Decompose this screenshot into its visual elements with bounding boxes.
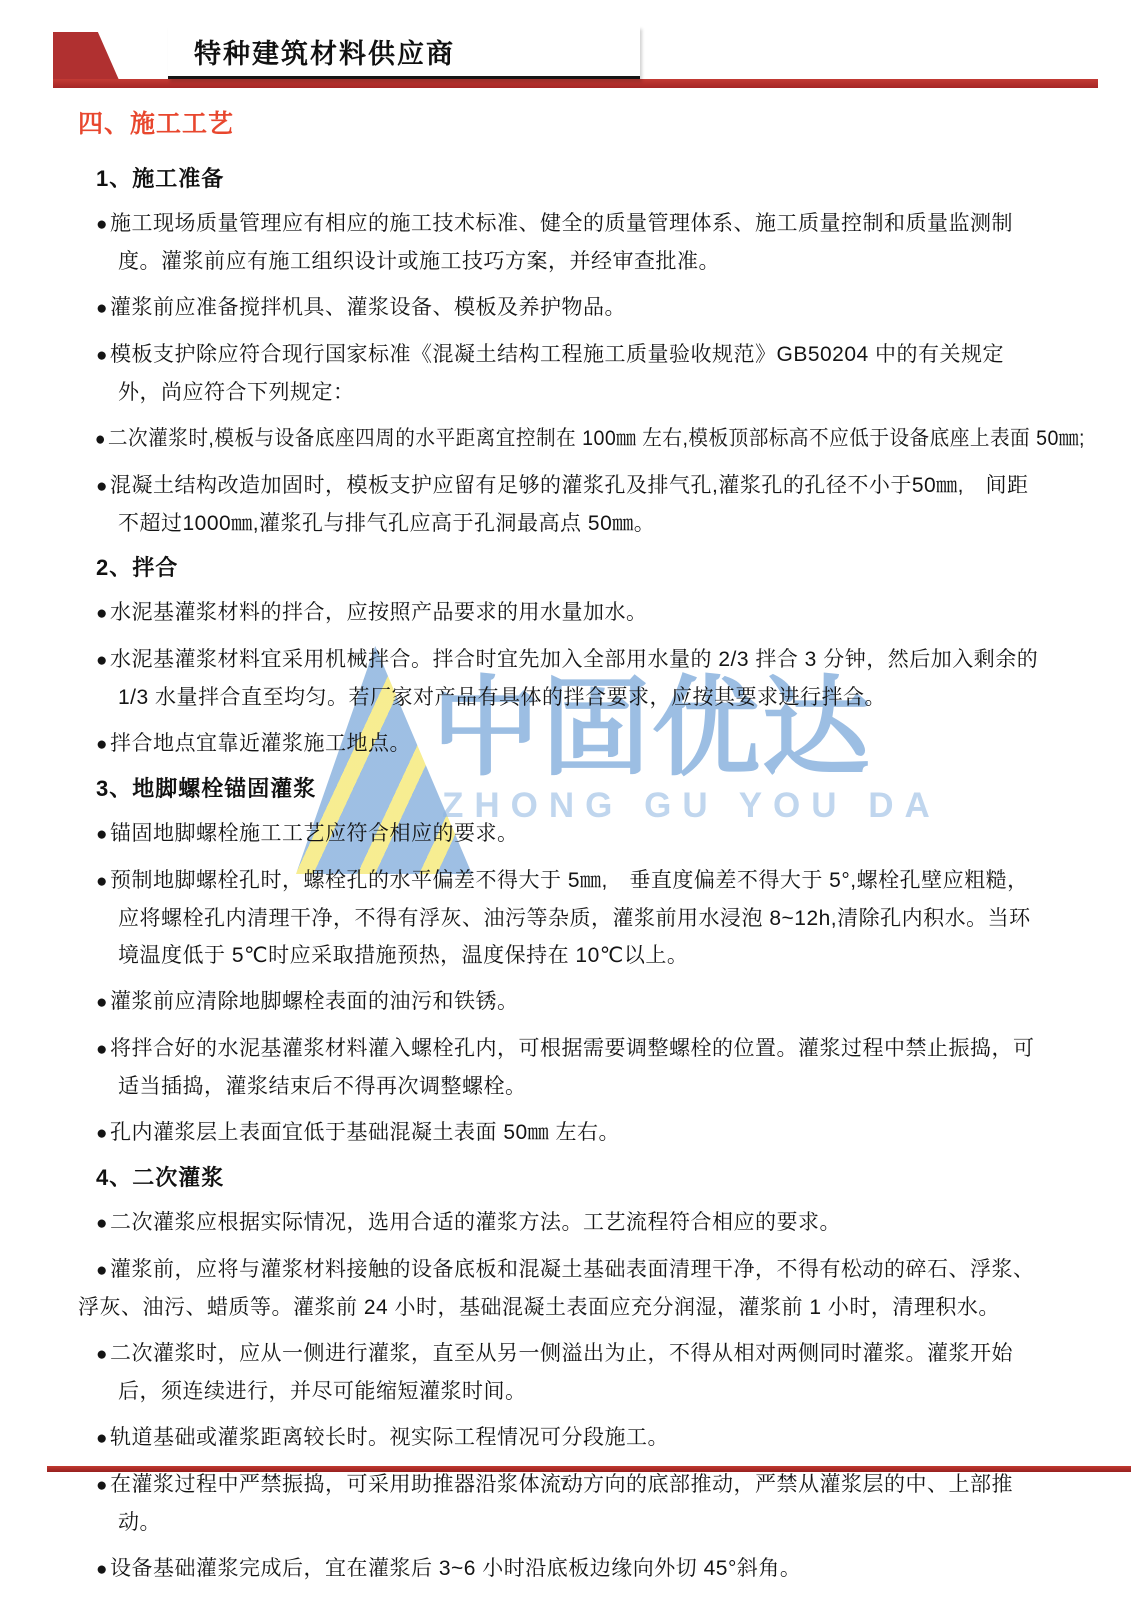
bullet-item: ●灌浆前应准备搅拌机具、灌浆设备、模板及养护物品。 [78,289,1046,327]
bullet-item: ●二次灌浆时，应从一侧进行灌浆，直至从另一侧溢出为止，不得从相对两侧同时灌浆。灌… [78,1335,1046,1410]
bullet-item: ●二次灌浆应根据实际情况，选用合适的灌浆方法。工艺流程符合相应的要求。 [78,1204,1046,1242]
bullet-icon: ● [96,476,108,497]
bullet-icon: ● [96,1559,108,1580]
bullet-icon: ● [95,429,106,450]
bullet-item: ●水泥基灌浆材料宜采用机械拌合。拌合时宜先加入全部用水量的 2/3 拌合 3 分… [78,641,1046,716]
bullet-item: ●设备基础灌浆完成后，宜在灌浆后 3~6 小时沿底板边缘向外切 45°斜角。 [78,1550,1046,1588]
bullet-item: ●水泥基灌浆材料的拌合，应按照产品要求的用水量加水。 [78,594,1046,632]
bullet-text: 设备基础灌浆完成后，宜在灌浆后 3~6 小时沿底板边缘向外切 45°斜角。 [110,1557,801,1580]
brand-title-box: 特种建筑材料供应商 [168,26,640,79]
bullet-icon: ● [96,1428,108,1449]
header-rule [53,79,1098,88]
bullet-text: 二次灌浆应根据实际情况，选用合适的灌浆方法。工艺流程符合相应的要求。 [110,1211,841,1234]
bullet-icon: ● [96,1260,108,1281]
bullet-icon: ● [96,650,108,671]
bullet-text: 预制地脚螺栓孔时，螺栓孔的水平偏差不得大于 5㎜, 垂直度偏差不得大于 5°,螺… [110,869,1031,967]
bullet-icon: ● [96,1123,108,1144]
bullet-item: ●预制地脚螺栓孔时，螺栓孔的水平偏差不得大于 5㎜, 垂直度偏差不得大于 5°,… [78,862,1046,974]
bullet-item: ●二次灌浆时,模板与设备底座四周的水平距离宜控制在 100㎜ 左右,模板顶部标高… [78,420,983,458]
bullet-icon: ● [96,603,108,624]
bullet-item: ●在灌浆过程中严禁振捣，可采用助推器沿浆体流动方向的底部推动，严禁从灌浆层的中、… [78,1466,1046,1541]
bullet-icon: ● [96,1039,108,1060]
subsection-heading-3: 3、地脚螺栓锚固灌浆 [96,772,1046,803]
page-header: 特种建筑材料供应商 [0,0,1131,92]
bullet-text: 混凝土结构改造加固时，模板支护应留有足够的灌浆孔及排气孔,灌浆孔的孔径不小于50… [110,474,1029,535]
bullet-item: ●将拌合好的水泥基灌浆材料灌入螺栓孔内，可根据需要调整螺栓的位置。灌浆过程中禁止… [78,1030,1046,1105]
bullet-text: 孔内灌浆层上表面宜低于基础混凝土表面 50㎜ 左右。 [110,1121,620,1144]
bullet-item: ●混凝土结构改造加固时，模板支护应留有足够的灌浆孔及排气孔,灌浆孔的孔径不小于5… [78,467,1046,542]
subsection-heading-2: 2、拌合 [96,551,1046,582]
bullet-text: 模板支护除应符合现行国家标准《混凝土结构工程施工质量验收规范》GB50204 中… [110,343,1004,404]
bullet-text: 灌浆前，应将与灌浆材料接触的设备底板和混凝土基础表面清理干净，不得有松动的碎石、… [78,1258,1034,1319]
bullet-text: 轨道基础或灌浆距离较长时。视实际工程情况可分段施工。 [110,1426,669,1449]
bullet-text: 在灌浆过程中严禁振捣，可采用助推器沿浆体流动方向的底部推动，严禁从灌浆层的中、上… [110,1473,1013,1534]
bullet-text: 水泥基灌浆材料的拌合，应按照产品要求的用水量加水。 [110,601,648,624]
subsection-heading-1: 1、施工准备 [96,162,1046,193]
document-body: 四、施工工艺 1、施工准备 ●施工现场质量管理应有相应的施工技术标准、健全的质量… [78,104,1046,1597]
bullet-icon: ● [96,298,108,319]
bullet-icon: ● [96,1213,108,1234]
subsection-heading-4: 4、二次灌浆 [96,1161,1046,1192]
bullet-icon: ● [96,214,108,235]
bullet-text: 拌合地点宜靠近灌浆施工地点。 [110,732,411,755]
bullet-icon: ● [96,1344,108,1365]
bullet-icon: ● [96,734,108,755]
bullet-text: 将拌合好的水泥基灌浆材料灌入螺栓孔内，可根据需要调整螺栓的位置。灌浆过程中禁止振… [110,1037,1035,1098]
bullet-text: 施工现场质量管理应有相应的施工技术标准、健全的质量管理体系、施工质量控制和质量监… [110,212,1013,273]
bullet-item: ●施工现场质量管理应有相应的施工技术标准、健全的质量管理体系、施工质量控制和质量… [78,205,1046,280]
bullet-text: 二次灌浆时，应从一侧进行灌浆，直至从另一侧溢出为止，不得从相对两侧同时灌浆。灌浆… [110,1342,1013,1403]
bullet-item: ●模板支护除应符合现行国家标准《混凝土结构工程施工质量验收规范》GB50204 … [78,336,1046,411]
section-title: 四、施工工艺 [78,104,1046,140]
bullet-icon: ● [96,345,108,366]
bullet-text: 灌浆前应准备搅拌机具、灌浆设备、模板及养护物品。 [110,296,626,319]
bullet-text: 锚固地脚螺栓施工工艺应符合相应的要求。 [110,822,519,845]
brand-name: 特种建筑材料供应商 [168,32,455,71]
bullet-item: ●灌浆前应清除地脚螺栓表面的油污和铁锈。 [78,983,1046,1021]
bullet-text: 灌浆前应清除地脚螺栓表面的油污和铁锈。 [110,990,519,1013]
bullet-icon: ● [96,992,108,1013]
bullet-item: ●轨道基础或灌浆距离较长时。视实际工程情况可分段施工。 [78,1419,1046,1457]
bullet-icon: ● [96,871,108,892]
bullet-item: ●孔内灌浆层上表面宜低于基础混凝土表面 50㎜ 左右。 [78,1114,1046,1152]
brand-flag-icon [53,32,119,80]
bullet-text: 二次灌浆时,模板与设备底座四周的水平距离宜控制在 100㎜ 左右,模板顶部标高不… [108,427,1085,450]
bullet-item: ●拌合地点宜靠近灌浆施工地点。 [78,725,1046,763]
bullet-item: ●灌浆前，应将与灌浆材料接触的设备底板和混凝土基础表面清理干净，不得有松动的碎石… [78,1251,1046,1326]
bullet-icon: ● [96,824,108,845]
bullet-icon: ● [96,1475,108,1496]
bullet-item: ●锚固地脚螺栓施工工艺应符合相应的要求。 [78,815,1046,853]
bullet-text: 水泥基灌浆材料宜采用机械拌合。拌合时宜先加入全部用水量的 2/3 拌合 3 分钟… [110,648,1038,709]
